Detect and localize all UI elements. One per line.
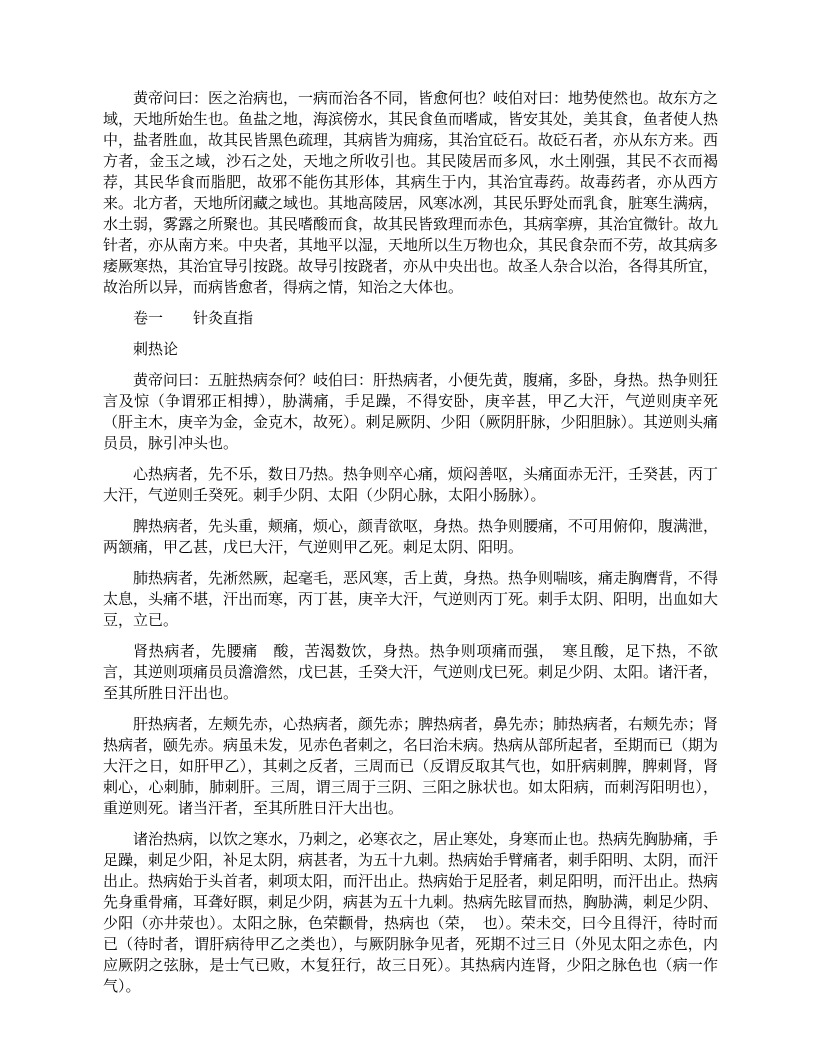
paragraph-complexion-signs: 肝热病者，左颊先赤，心热病者，颜先赤；脾热病者，鼻先赤；肺热病者，右颊先赤；肾热…	[103, 715, 718, 820]
paragraph-liver-heat-disease: 黄帝问曰：五脏热病奈何？岐伯曰：肝热病者，小便先黄，腹痛，多卧，身热。热争则狂言…	[103, 371, 718, 455]
paragraph-lung-heat-disease: 肺热病者，先淅然厥，起毫毛，恶风寒，舌上黄，身热。热争则喘咳，痛走胸膺背，不得太…	[103, 569, 718, 632]
paragraph-kidney-heat-disease: 肾热病者，先腰痛 酸，苦渴数饮，身热。热争则项痛而强， 寒且酸，足下热，不欲言，…	[103, 642, 718, 705]
heading-chapter-title: 刺热论	[103, 340, 718, 361]
paragraph-heart-heat-disease: 心热病者，先不乐，数日乃热。热争则卒心痛，烦闷善呕，头痛面赤无汗，壬癸甚，丙丁大…	[103, 465, 718, 507]
paragraph-heat-treatment-methods: 诸治热病，以饮之寒水，乃刺之，必寒衣之，居止寒处，身寒而止也。热病先胸胁痛，手足…	[103, 830, 718, 998]
paragraph-regional-treatments: 黄帝问曰：医之治病也，一病而治各不同，皆愈何也？岐伯对曰：地势使然也。故东方之域…	[103, 89, 718, 299]
document-page: 黄帝问曰：医之治病也，一病而治各不同，皆愈何也？岐伯对曰：地势使然也。故东方之域…	[0, 0, 816, 1056]
heading-volume-title: 卷一 针灸直指	[103, 309, 718, 330]
paragraph-spleen-heat-disease: 脾热病者，先头重，颊痛，烦心，颜青欲呕，身热。热争则腰痛，不可用俯仰，腹满泄，两…	[103, 517, 718, 559]
